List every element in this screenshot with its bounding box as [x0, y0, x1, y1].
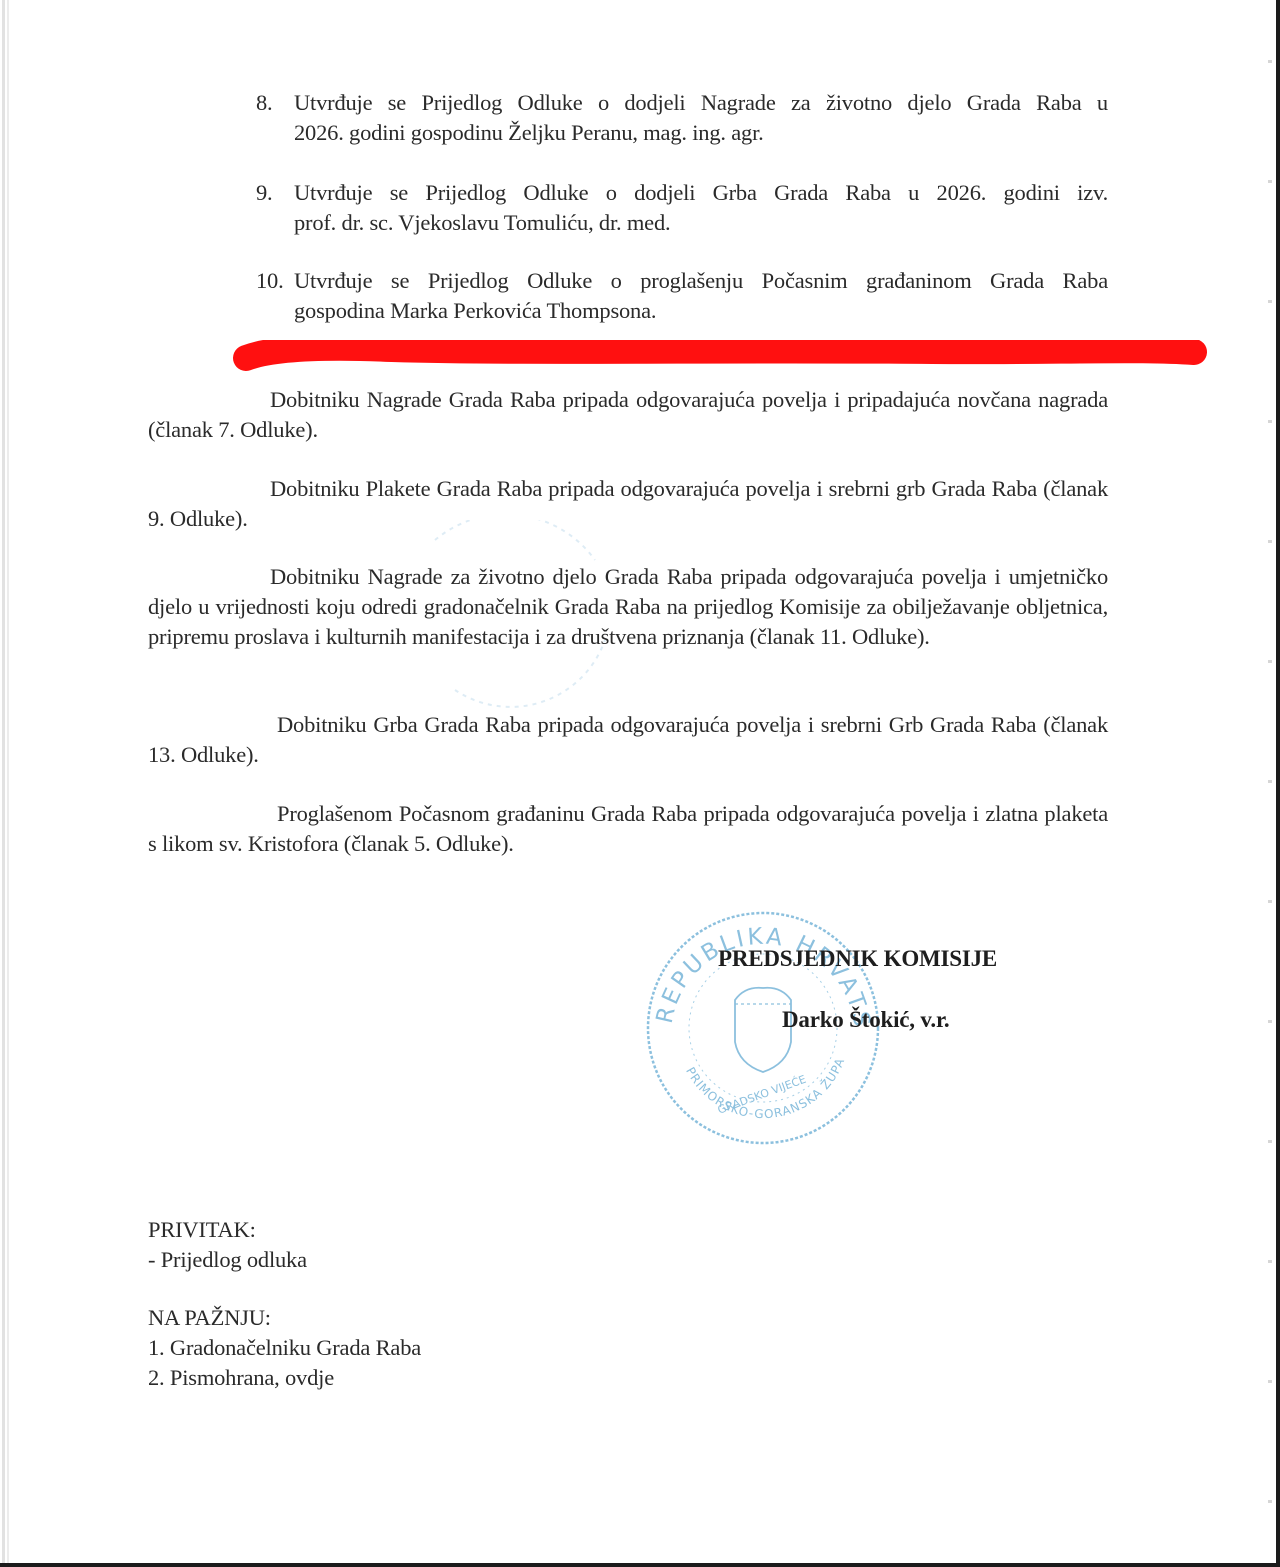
attachment-heading: PRIVITAK:: [148, 1215, 256, 1245]
scan-edge-left: [2, 0, 5, 1567]
paragraph-pocasni-gradjanin: Proglašenom Počasnom građaninu Grada Rab…: [148, 799, 1108, 859]
item-line-1: Utvrđuje se Prijedlog Odluke o proglašen…: [294, 266, 1108, 296]
stamp-ghost-icon: [395, 520, 625, 710]
item-line-1: Utvrđuje se Prijedlog Odluke o dodjeli G…: [294, 178, 1108, 208]
list-item-10: 10. Utvrđuje se Prijedlog Odluke o progl…: [256, 266, 1108, 326]
red-highlight-annotation: [232, 340, 1210, 376]
paragraph-zivotno-djelo: Dobitniku Nagrade za životno djelo Grada…: [148, 562, 1108, 652]
paragraph-plaketa: Dobitniku Plakete Grada Raba pripada odg…: [148, 474, 1108, 534]
item-number: 10.: [256, 266, 284, 296]
item-number: 9.: [256, 178, 272, 208]
list-item-9: 9. Utvrđuje se Prijedlog Odluke o dodjel…: [256, 178, 1108, 238]
paragraph-nagrada: Dobitniku Nagrade Grada Raba pripada odg…: [148, 385, 1108, 445]
item-line-2: 2026. godini gospodinu Željku Peranu, ma…: [294, 118, 1108, 148]
scan-edge-left-inner: [7, 0, 9, 1567]
attention-item-1: 1. Gradonačelniku Grada Raba: [148, 1333, 421, 1363]
signature-name: Darko Štokić, v.r.: [782, 1007, 949, 1033]
attention-heading: NA PAŽNJU:: [148, 1303, 271, 1333]
item-number: 8.: [256, 88, 272, 118]
item-line-2: prof. dr. sc. Vjekoslavu Tomuliću, dr. m…: [294, 208, 1108, 238]
signature-title: PREDSJEDNIK KOMISIJE: [718, 946, 997, 972]
list-item-8: 8. Utvrđuje se Prijedlog Odluke o dodjel…: [256, 88, 1108, 148]
screen-edge-right: [1276, 0, 1280, 1567]
item-line-2: gospodina Marka Perkovića Thompsona.: [294, 296, 1108, 326]
scan-specks-right: [1268, 0, 1272, 1567]
screen-edge-bottom: [0, 1563, 1280, 1567]
attachment-item: - Prijedlog odluka: [148, 1245, 307, 1275]
attention-item-2: 2. Pismohrana, ovdje: [148, 1363, 334, 1393]
item-line-1: Utvrđuje se Prijedlog Odluke o dodjeli N…: [294, 88, 1108, 118]
paragraph-grb: Dobitniku Grba Grada Raba pripada odgova…: [148, 710, 1108, 770]
